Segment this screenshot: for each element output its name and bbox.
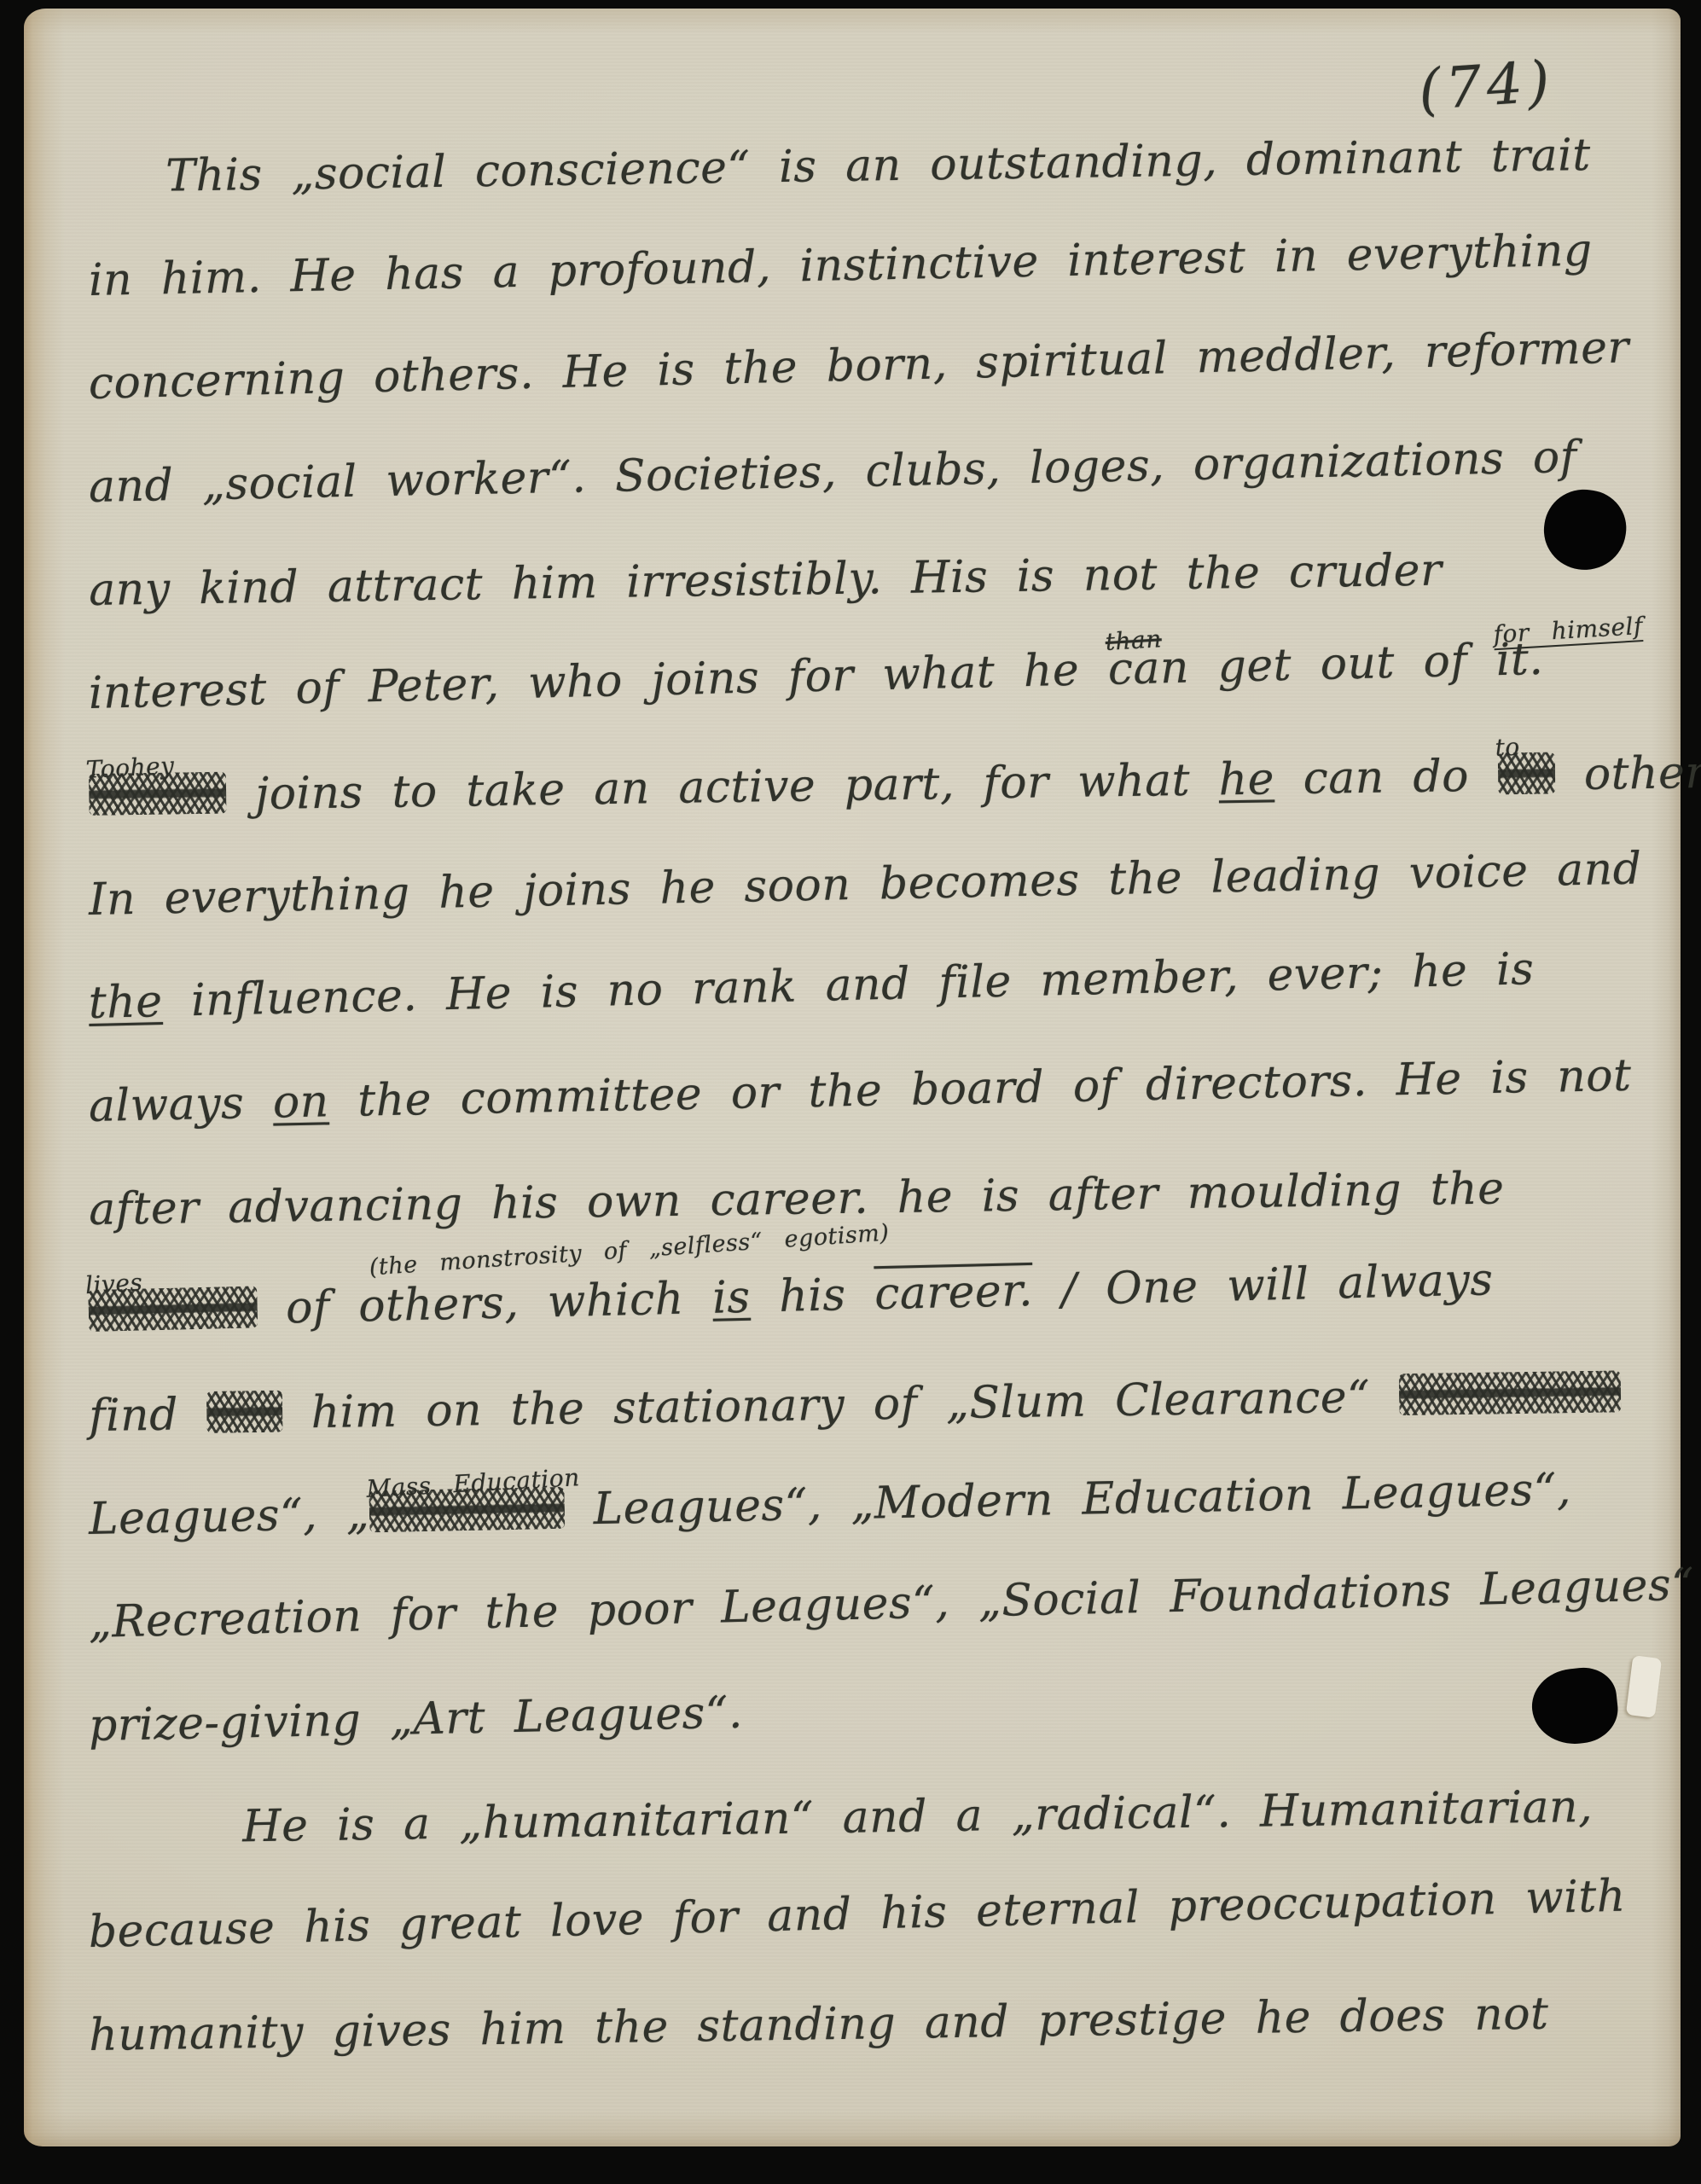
text-segment: find bbox=[89, 1389, 207, 1442]
text-segment: always bbox=[88, 1077, 273, 1132]
interline-insertion: lives bbox=[84, 1270, 143, 1298]
scan-background: { "page": { "number_label": "(74)", "pap… bbox=[0, 0, 1701, 2184]
text-segment: Leagues“, „Modern Education Leagues“, bbox=[564, 1464, 1571, 1536]
text-segment: after advancing his own career. he is af… bbox=[89, 1163, 1505, 1235]
interline-insertion: to bbox=[1495, 735, 1520, 759]
manuscript-page: (74) This „social conscience“ is an outs… bbox=[24, 9, 1681, 2146]
text-segment: He is a „humanitarian“ and a „radical“. … bbox=[242, 1781, 1594, 1852]
interline-insertion: than bbox=[1104, 627, 1162, 654]
text-segment: career. bbox=[874, 1265, 1033, 1320]
annotated-word: canthan bbox=[1107, 642, 1190, 695]
text-segment: interest of Peter, who joins for what he bbox=[88, 644, 1108, 719]
text-segment: and „social worker“. Societies, clubs, l… bbox=[88, 432, 1577, 513]
text-segment: Leagues“, „ bbox=[88, 1488, 369, 1545]
annotated-word: to bbox=[1497, 750, 1555, 802]
text-segment: him on the stationary of „Slum Clearance… bbox=[282, 1371, 1400, 1438]
text-segment: others. bbox=[1555, 746, 1701, 800]
scribbled-out-word bbox=[206, 1390, 282, 1433]
text-segment: „Recreation for the poor Leagues“, „Soci… bbox=[88, 1557, 1701, 1648]
text-segment: get out of bbox=[1188, 635, 1496, 693]
text-segment: of others, which bbox=[257, 1273, 713, 1335]
text-segment: concerning others. He is the born, spiri… bbox=[88, 322, 1629, 409]
text-segment: he bbox=[1218, 753, 1274, 805]
text-segment: any kind attract him irresistibly. His i… bbox=[89, 544, 1443, 616]
interline-insertion: for himself bbox=[1492, 614, 1643, 650]
text-segment: / One will always bbox=[1032, 1254, 1494, 1316]
manuscript-line: humanity gives him the standing and pres… bbox=[88, 1961, 1663, 2088]
text-segment: on bbox=[272, 1076, 329, 1128]
annotated-word: it.for himself bbox=[1495, 634, 1544, 686]
annotated-word: Toohey bbox=[89, 770, 227, 822]
text-segment: This „social conscience“ is an outstandi… bbox=[165, 130, 1591, 202]
scribbled-out-word bbox=[1398, 1370, 1621, 1415]
text-segment: joins to take an active part, for what bbox=[226, 754, 1219, 820]
interline-insertion: Toohey bbox=[85, 753, 175, 781]
text-segment: is bbox=[712, 1272, 752, 1324]
text-segment: the bbox=[88, 976, 163, 1029]
text-segment: influence. He is no rank and file member… bbox=[162, 944, 1535, 1027]
annotated-word: lives bbox=[88, 1283, 258, 1339]
text-segment: can do bbox=[1274, 751, 1498, 805]
text-segment: In everything he joins he soon becomes t… bbox=[88, 843, 1642, 926]
text-segment: in him. He has a profound, instinctive i… bbox=[88, 225, 1593, 306]
text-segment: prize-giving „Art Leagues“. bbox=[88, 1687, 743, 1751]
text-segment: his bbox=[750, 1269, 875, 1322]
manuscript-text: This „social conscience“ is an outstandi… bbox=[90, 126, 1663, 2146]
text-segment: the committee or the board of directors.… bbox=[328, 1050, 1632, 1128]
text-segment: humanity gives him the standing and pres… bbox=[89, 1989, 1549, 2061]
annotated-word: Mass Education bbox=[369, 1484, 566, 1540]
text-segment: because his great love for and his etern… bbox=[88, 1871, 1626, 1958]
